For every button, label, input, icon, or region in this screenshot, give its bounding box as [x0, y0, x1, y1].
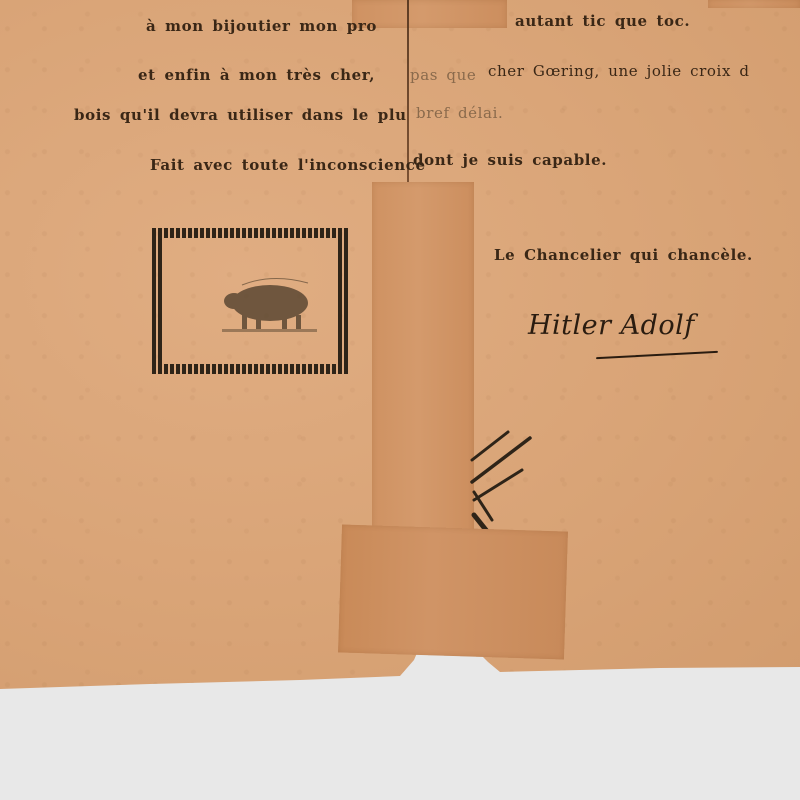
text-line-4-left: Fait avec toute l'inconscience	[150, 156, 426, 174]
stamp-frame	[152, 228, 348, 374]
pig-stamp-icon	[212, 263, 322, 343]
closing-line: Le Chancelier qui chancèle.	[494, 246, 753, 264]
text-line-1-right: autant tic que toc.	[515, 12, 690, 30]
signature: Hitler Adolf	[528, 310, 695, 341]
text-line-2-right: cher Gœring, une jolie croix d	[488, 62, 750, 80]
text-line-3-left: bois qu'il devra utiliser dans le plu	[74, 106, 407, 124]
text-line-4-right: dont je suis capable.	[413, 151, 607, 169]
tape-top-right	[708, 0, 800, 8]
text-line-2-left: et enfin à mon très cher,	[138, 66, 375, 84]
text-line-1-left: à mon bijoutier mon pro	[146, 17, 377, 35]
text-line-2-middle: pas que	[410, 66, 476, 84]
text-line-3-right: bref délai.	[416, 104, 503, 122]
tape-bottom-horizontal	[338, 524, 568, 659]
tape-vertical	[372, 182, 474, 547]
crossed-strokes-mark-icon	[470, 430, 540, 545]
